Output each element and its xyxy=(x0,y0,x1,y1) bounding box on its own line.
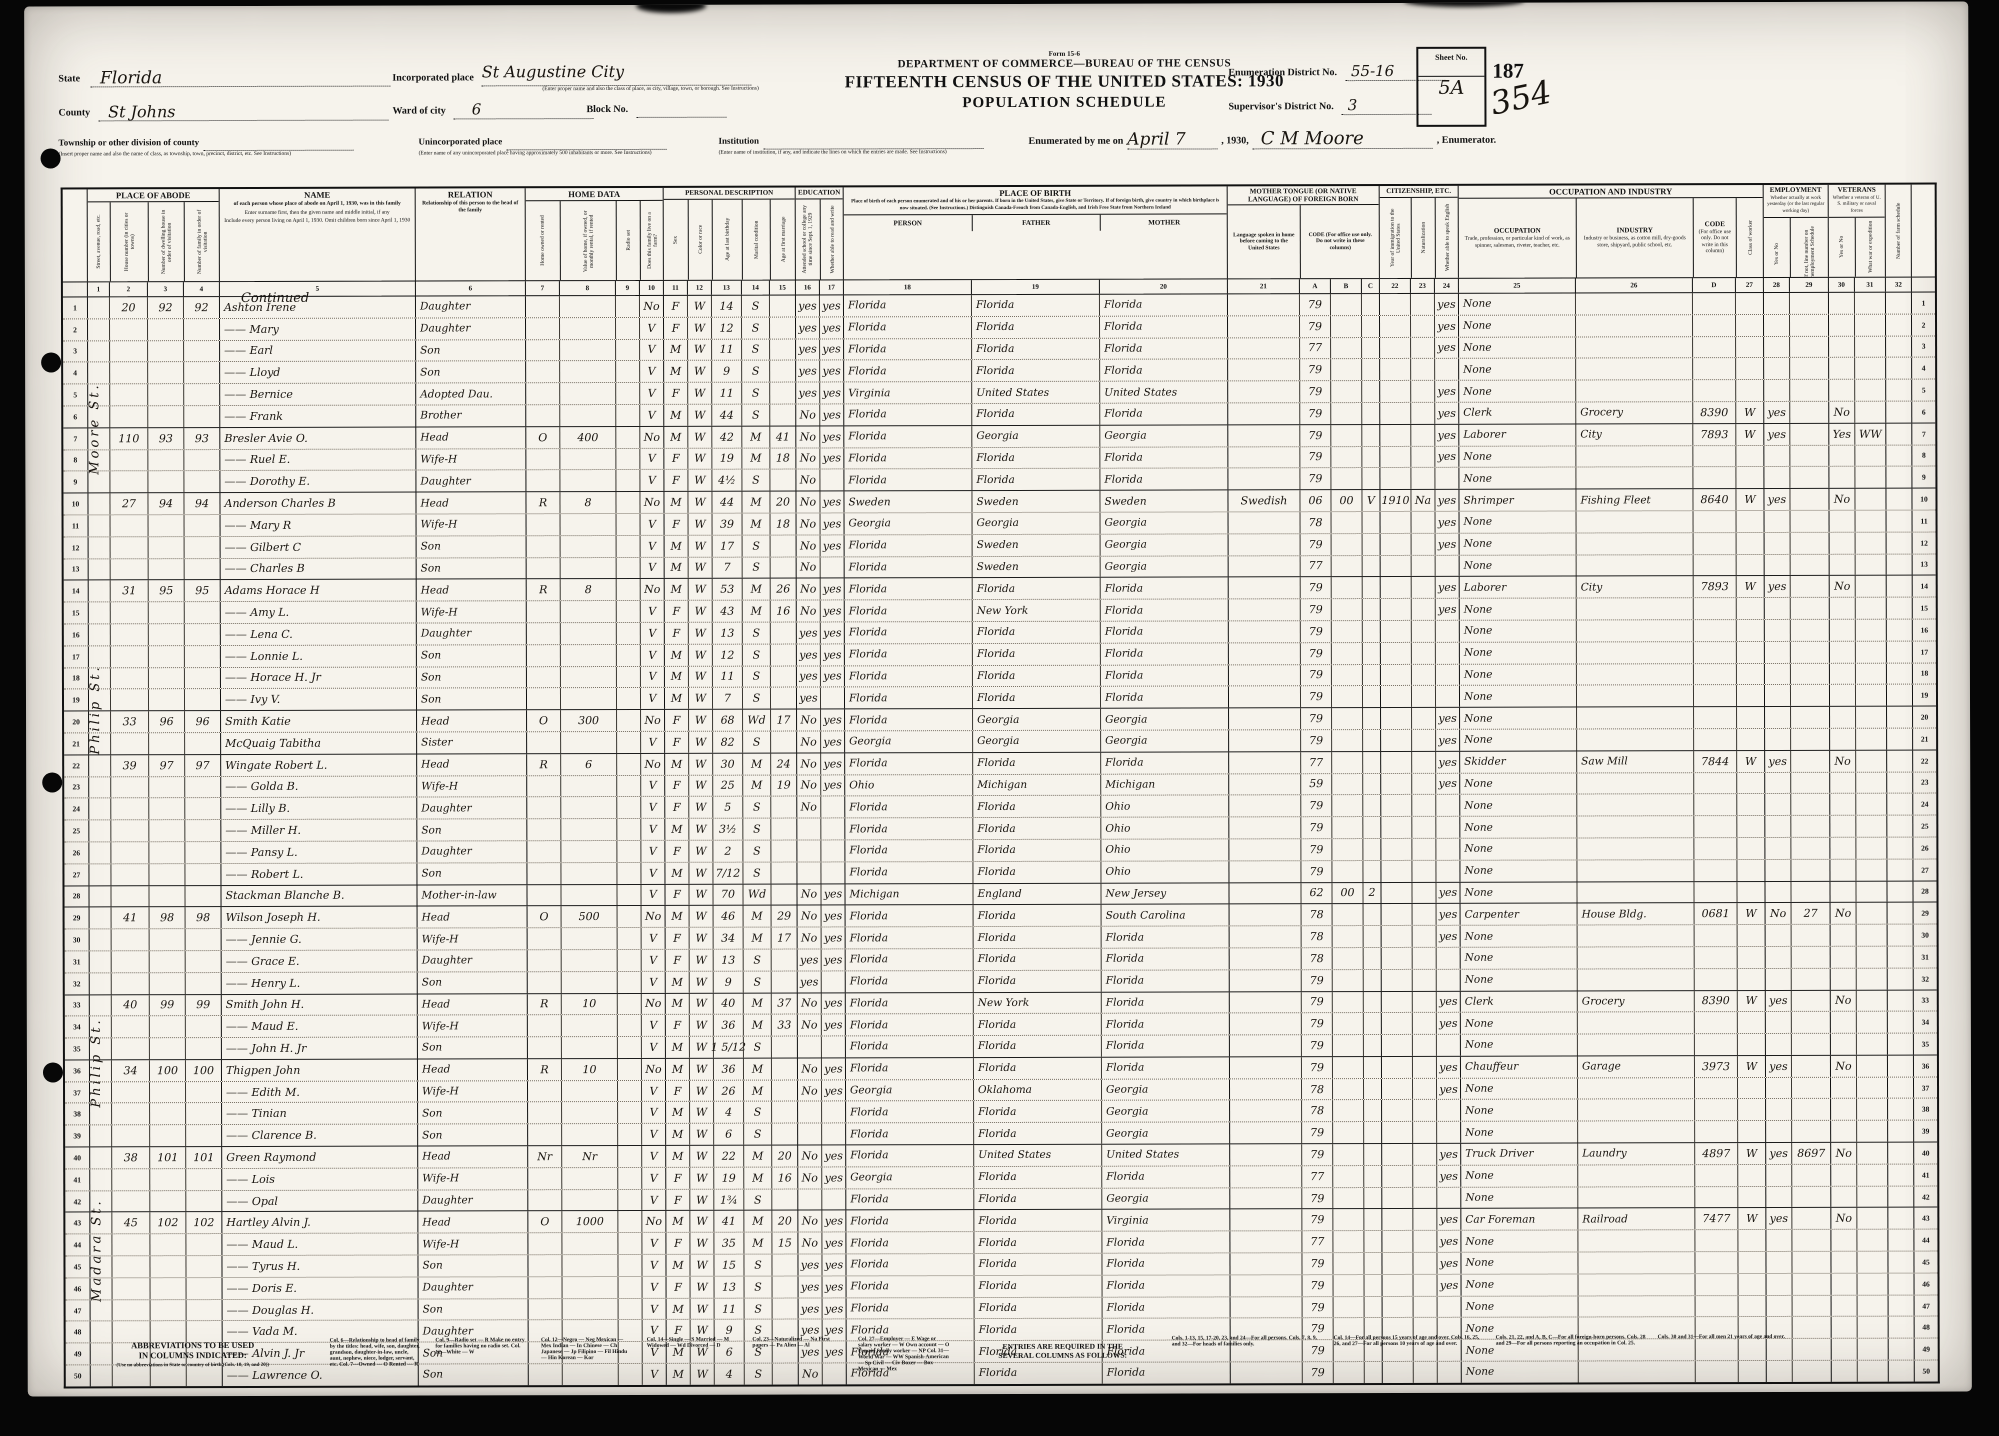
cell-agem: 20 xyxy=(769,492,795,513)
cell-ca: 79 xyxy=(1301,1210,1332,1231)
cell-cb xyxy=(1330,294,1361,315)
cell-agem xyxy=(769,470,795,491)
cell-own xyxy=(526,645,560,666)
cell-bpp: Sweden xyxy=(843,491,971,512)
cell-sp xyxy=(1436,1187,1460,1208)
cell-age: 15 xyxy=(713,1255,743,1276)
cell-cb xyxy=(1332,1057,1363,1078)
cell-cw: W xyxy=(1735,402,1763,423)
cell-occ: None xyxy=(1460,1013,1577,1034)
cell-name: —— Clarence B. xyxy=(221,1125,417,1146)
cell-occ: None xyxy=(1460,947,1577,968)
cell-empno xyxy=(1789,315,1828,336)
cell-cb xyxy=(1331,665,1362,686)
cell-radio xyxy=(616,754,640,775)
cell-mar: S xyxy=(744,1298,772,1319)
col-dwelling-number-label: Number of dwelling house in order of vis… xyxy=(160,207,172,277)
cell-bpm: Florida xyxy=(1099,469,1227,490)
cell-mar: S xyxy=(741,296,769,317)
cell-cb xyxy=(1330,468,1361,489)
cell-farm: No xyxy=(640,754,664,775)
cell-cb xyxy=(1332,1144,1363,1165)
cell-occ: None xyxy=(1459,708,1576,729)
cell-dw xyxy=(147,384,183,405)
cell-sex: F xyxy=(663,383,687,404)
cell-ind xyxy=(1576,729,1693,750)
cell-cc xyxy=(1363,1231,1381,1252)
cell-bpp: Florida xyxy=(845,905,973,926)
cell-vet xyxy=(1829,554,1855,575)
cell-house xyxy=(110,690,148,711)
cell-war xyxy=(1856,1186,1887,1207)
cell-radio xyxy=(616,863,640,884)
cell-name: Green Raymond xyxy=(221,1147,417,1168)
column-number: 2 xyxy=(109,282,147,296)
col-occupation-label: OCCUPATION xyxy=(1494,227,1541,235)
cell-mar: S xyxy=(742,623,770,644)
cell-farm: V xyxy=(639,448,663,469)
cell-sch: yes xyxy=(795,361,819,382)
cell-vet: No xyxy=(1829,750,1855,771)
cell-rw: yes xyxy=(819,448,843,469)
cell-ind xyxy=(1576,707,1693,728)
cell-cc xyxy=(1363,1035,1381,1056)
cell-occ: None xyxy=(1460,1253,1577,1274)
cell-fam xyxy=(184,886,220,907)
cell-ind xyxy=(1576,664,1693,685)
cell-vet xyxy=(1829,685,1855,706)
cell-sch xyxy=(796,862,820,883)
cell-radio xyxy=(616,710,640,731)
cell-val xyxy=(560,601,616,622)
cell-imm xyxy=(1379,468,1410,489)
cell-sch xyxy=(796,840,820,861)
cell-fam: 92 xyxy=(183,297,219,318)
cell-val xyxy=(561,1037,617,1058)
cell-n2: 8 xyxy=(1911,445,1935,466)
cell-sex: F xyxy=(664,514,688,535)
cell-cw: W xyxy=(1737,903,1765,924)
cell-house xyxy=(110,886,148,907)
cell-own xyxy=(527,1081,561,1102)
cell-vet xyxy=(1830,1034,1856,1055)
cell-emp xyxy=(1765,969,1791,990)
cell-val xyxy=(559,405,615,426)
cell-color: W xyxy=(687,383,711,404)
institution-label: Institution xyxy=(719,136,760,146)
cell-house: 45 xyxy=(111,1213,149,1234)
cell-house xyxy=(110,733,148,754)
cell-mar: S xyxy=(742,819,770,840)
cell-farm: V xyxy=(642,1299,666,1320)
cell-bpm: Georgia xyxy=(1101,1123,1229,1144)
cell-bpp: Florida xyxy=(844,818,972,839)
cell-n2: 12 xyxy=(1912,532,1936,553)
cell-fam: 96 xyxy=(184,711,220,732)
cell-fam xyxy=(184,559,220,580)
cell-nat xyxy=(1411,708,1435,729)
cell-fs xyxy=(1886,750,1912,771)
cell-color: W xyxy=(688,579,712,600)
cell-nat xyxy=(1411,555,1435,576)
cell-name: —— Golda B. xyxy=(220,776,416,797)
cell-agem xyxy=(769,361,795,382)
cell-n: 29 xyxy=(65,908,89,929)
cell-nat xyxy=(1411,664,1435,685)
cell-war xyxy=(1857,1274,1888,1295)
cell-farm: V xyxy=(641,1190,665,1211)
cell-color: W xyxy=(689,906,713,927)
cell-age: 7 xyxy=(712,688,742,709)
cell-bpp: Florida xyxy=(844,666,972,687)
column-number: 25 xyxy=(1458,278,1575,292)
cell-sex: M xyxy=(663,492,687,513)
cell-val xyxy=(561,928,617,949)
cell-bpm: Georgia xyxy=(1100,709,1228,730)
cell-vet xyxy=(1831,1274,1857,1295)
cell-rw: yes xyxy=(821,1211,845,1232)
cell-occ: None xyxy=(1460,1035,1577,1056)
cell-mar: M xyxy=(742,753,770,774)
cell-own: Nr xyxy=(527,1146,561,1167)
cell-street xyxy=(88,864,110,885)
cell-val xyxy=(560,863,616,884)
cell-own xyxy=(526,797,560,818)
cell-ind xyxy=(1577,1121,1694,1142)
cell-rw: yes xyxy=(819,317,843,338)
cell-name: McQuaig Tabitha xyxy=(220,732,416,753)
cell-dw xyxy=(148,820,184,841)
cell-dw xyxy=(147,341,183,362)
cell-bpp: Georgia xyxy=(845,1167,973,1188)
cell-radio xyxy=(616,688,640,709)
group-title: PERSONAL DESCRIPTION xyxy=(664,188,795,198)
cell-agem xyxy=(772,1276,798,1297)
cell-lang xyxy=(1228,599,1300,620)
cell-lang xyxy=(1229,1231,1301,1252)
cell-rw: yes xyxy=(821,906,845,927)
cell-vet xyxy=(1829,816,1855,837)
cell-vet: Yes xyxy=(1828,424,1854,445)
cell-ca: 79 xyxy=(1301,970,1332,991)
cell-bpf: Florida xyxy=(971,447,1099,468)
cell-imm xyxy=(1379,446,1410,467)
cell-farm: No xyxy=(639,296,663,317)
cell-dw xyxy=(148,559,184,580)
cell-bpp: Florida xyxy=(845,949,973,970)
cell-age: 34 xyxy=(713,928,743,949)
cell-ca: 79 xyxy=(1299,403,1330,424)
column-group-place-of-birth: PLACE OF BIRTH Place of birth of each pe… xyxy=(843,186,1227,279)
cell-bpm: Florida xyxy=(1099,316,1227,337)
cell-agem xyxy=(769,383,795,404)
cell-lang xyxy=(1230,1297,1302,1318)
cell-vet xyxy=(1829,881,1855,902)
cell-radio xyxy=(616,732,640,753)
cell-n2: 41 xyxy=(1913,1164,1937,1185)
cell-sch: yes xyxy=(796,666,820,687)
group-title: VETERANS xyxy=(1829,185,1885,195)
cell-cd: 7477 xyxy=(1694,1209,1737,1230)
cell-nat xyxy=(1412,970,1436,991)
cell-sex: F xyxy=(664,623,688,644)
cell-agem xyxy=(770,557,796,578)
cell-agem xyxy=(770,862,796,883)
cell-ca: 77 xyxy=(1301,1231,1332,1252)
cell-war xyxy=(1854,445,1885,466)
cell-cb xyxy=(1332,948,1363,969)
column-number: 8 xyxy=(559,281,615,295)
cell-cd xyxy=(1694,1012,1737,1033)
cell-bpp: Florida xyxy=(845,1254,973,1275)
cell-n2: 42 xyxy=(1913,1186,1937,1207)
cell-emp xyxy=(1764,663,1790,684)
column-number: 23 xyxy=(1410,279,1434,293)
cell-mar: M xyxy=(743,1058,771,1079)
cell-radio xyxy=(617,1168,641,1189)
cell-empno xyxy=(1791,1078,1830,1099)
cell-cd xyxy=(1694,925,1737,946)
col-class-of-worker-label: Class of worker xyxy=(1747,220,1753,255)
cell-occ: None xyxy=(1459,795,1576,816)
cell-war xyxy=(1855,859,1886,880)
cell-color: W xyxy=(689,1059,713,1080)
handwritten-continued: Continued xyxy=(241,291,309,306)
cell-dw: 94 xyxy=(147,493,183,514)
cell-empno xyxy=(1791,1034,1830,1055)
col-sex-label: Sex xyxy=(673,235,679,243)
cell-own xyxy=(525,362,559,383)
cell-own: O xyxy=(527,1212,561,1233)
cell-mar: M xyxy=(743,1167,771,1188)
cell-cw xyxy=(1735,315,1763,336)
cell-lang xyxy=(1227,381,1299,402)
cell-house xyxy=(109,341,147,362)
cell-ca: 78 xyxy=(1300,512,1331,533)
cell-bpm: Florida xyxy=(1100,621,1228,642)
cell-emp xyxy=(1763,467,1789,488)
cell-cb xyxy=(1330,338,1361,359)
cell-empno xyxy=(1790,576,1829,597)
cell-sch xyxy=(797,1189,821,1210)
cell-imm xyxy=(1380,773,1411,794)
cell-dw xyxy=(147,406,183,427)
cell-cw xyxy=(1737,969,1765,990)
enumeration-district-value: 55-16 xyxy=(1351,62,1394,80)
cell-vet xyxy=(1830,1121,1856,1142)
cell-rel: Son xyxy=(417,1255,527,1276)
cell-n2: 10 xyxy=(1911,489,1935,510)
column-line-number-right xyxy=(1911,185,1935,277)
cell-cd xyxy=(1693,729,1736,750)
cell-cc xyxy=(1362,774,1380,795)
cell-sp: yes xyxy=(1437,1275,1461,1296)
cell-sp: yes xyxy=(1434,381,1458,402)
cell-rw xyxy=(819,470,843,491)
cell-war xyxy=(1854,314,1885,335)
cell-color: W xyxy=(689,1102,713,1123)
cell-val xyxy=(559,318,615,339)
cell-agem: 26 xyxy=(770,579,796,600)
cell-dw: 95 xyxy=(148,580,184,601)
cell-rw: yes xyxy=(820,710,844,731)
cell-ind xyxy=(1577,1230,1694,1251)
column-group-education: EDUCATION Attended school or college any… xyxy=(795,187,843,279)
cell-emp xyxy=(1765,1252,1791,1273)
cell-bpf: New York xyxy=(973,992,1101,1013)
cell-sp xyxy=(1436,1122,1460,1143)
cell-color: W xyxy=(689,1037,713,1058)
cell-occ: None xyxy=(1460,1078,1577,1099)
cell-age: 11 xyxy=(712,666,742,687)
cell-name: —— Gilbert C xyxy=(220,536,416,557)
cell-cw xyxy=(1735,380,1763,401)
cell-cb xyxy=(1332,904,1363,925)
column-number: C xyxy=(1361,279,1379,293)
cell-age: 44 xyxy=(711,405,741,426)
cell-cc xyxy=(1363,926,1381,947)
cell-n2: 46 xyxy=(1914,1273,1938,1294)
cell-occ: None xyxy=(1459,838,1576,859)
cell-fs xyxy=(1886,859,1912,880)
relation-desc: Relationship of this person to the head … xyxy=(416,199,525,214)
column-number: 28 xyxy=(1763,278,1789,292)
cell-fam xyxy=(185,1082,221,1103)
column-number: 9 xyxy=(615,281,639,295)
cell-agem xyxy=(771,1102,797,1123)
cell-cb xyxy=(1331,817,1362,838)
cell-sp xyxy=(1434,359,1458,380)
cell-house: 20 xyxy=(109,297,147,318)
cell-imm xyxy=(1380,839,1411,860)
col-age-label: Age at last birthday xyxy=(724,218,730,261)
cell-name: —— Edith M. xyxy=(221,1081,417,1102)
cell-rw xyxy=(820,819,844,840)
abbreviations-note: (Use no abbreviations in State or countr… xyxy=(68,1363,318,1369)
cell-age: 40 xyxy=(713,993,743,1014)
cell-dw xyxy=(148,689,184,710)
cell-cd xyxy=(1692,293,1735,314)
cell-n2: 13 xyxy=(1912,554,1936,575)
cell-rw: yes xyxy=(821,993,845,1014)
cell-war xyxy=(1855,598,1886,619)
cell-empno xyxy=(1791,1186,1830,1207)
cell-sex: M xyxy=(665,1146,689,1167)
cell-mar: S xyxy=(743,1124,771,1145)
cell-war xyxy=(1854,358,1885,379)
cell-bpp: Florida xyxy=(844,862,972,883)
entries-required-column: Cols. 1-13, 15, 17-20, 23, and 24—For al… xyxy=(1172,1335,1322,1391)
cell-cw xyxy=(1736,882,1764,903)
cell-sch: No xyxy=(795,404,819,425)
cell-cc xyxy=(1362,752,1380,773)
cell-bpm: Florida xyxy=(1100,578,1228,599)
cell-ind xyxy=(1578,1296,1695,1317)
cell-color: W xyxy=(687,318,711,339)
cell-sch: No xyxy=(797,928,821,949)
cell-bpf: Florida xyxy=(973,1036,1101,1057)
cell-color: W xyxy=(688,819,712,840)
cell-occ: None xyxy=(1459,664,1576,685)
cell-dw xyxy=(149,1256,185,1277)
cell-bpp: Georgia xyxy=(844,731,972,752)
cell-imm xyxy=(1381,1188,1412,1209)
cell-name: Smith John H. xyxy=(221,994,417,1015)
cell-fam xyxy=(185,1191,221,1212)
cell-bpm: Florida xyxy=(1100,665,1228,686)
cell-farm: V xyxy=(639,318,663,339)
col-farm-label: Does this family live on a farm? xyxy=(646,205,658,275)
cell-radio xyxy=(616,666,640,687)
cell-sp xyxy=(1434,468,1458,489)
cell-cc xyxy=(1363,1013,1381,1034)
column-number: 11 xyxy=(663,281,687,295)
cell-emp xyxy=(1765,1230,1791,1251)
cell-age: 39 xyxy=(712,514,742,535)
cell-emp: yes xyxy=(1763,489,1789,510)
unincorporated-note: (Enter name of any unincorporated place … xyxy=(419,150,709,157)
cell-own: R xyxy=(527,994,561,1015)
cell-rw xyxy=(820,557,844,578)
cell-n2: 16 xyxy=(1912,619,1936,640)
cell-sch: No xyxy=(796,601,820,622)
cell-dw xyxy=(149,1038,185,1059)
cell-fam xyxy=(184,515,220,536)
cell-ca: 79 xyxy=(1300,599,1331,620)
cell-farm: V xyxy=(640,841,664,862)
cell-house xyxy=(109,472,147,493)
cell-mar: S xyxy=(742,644,770,665)
column-group-occupation-industry: OCCUPATION AND INDUSTRY OCCUPATION Trade… xyxy=(1458,185,1763,278)
cell-vet xyxy=(1829,838,1855,859)
cell-empno xyxy=(1791,1056,1830,1077)
cell-name: —— Henry L. xyxy=(221,972,417,993)
incorporated-place-value: St Augustine City xyxy=(482,62,624,81)
cell-cc xyxy=(1361,403,1379,424)
cell-ind: City xyxy=(1576,577,1693,598)
cell-color: W xyxy=(688,753,712,774)
cell-fam: 93 xyxy=(183,428,219,449)
cell-age: 41 xyxy=(713,1211,743,1232)
cell-cb xyxy=(1332,1253,1363,1274)
cell-imm: 1910 xyxy=(1379,490,1410,511)
cell-war xyxy=(1856,968,1887,989)
cell-fam: 99 xyxy=(185,995,221,1016)
cell-cw: W xyxy=(1737,990,1765,1011)
cell-occ: Truck Driver xyxy=(1460,1144,1577,1165)
cell-occ: None xyxy=(1459,511,1576,532)
cell-ca: 79 xyxy=(1301,1188,1332,1209)
cell-dw xyxy=(147,319,183,340)
cell-radio xyxy=(617,950,641,971)
cell-farm: V xyxy=(641,1233,665,1254)
occupation-desc: Trade, profession, or particular kind of… xyxy=(1460,234,1575,249)
cell-cd xyxy=(1695,1274,1738,1295)
cell-lang xyxy=(1228,708,1300,729)
cell-cd xyxy=(1693,620,1736,641)
cell-rw: yes xyxy=(820,601,844,622)
cell-agem xyxy=(770,884,796,905)
cell-name: —— John H. Jr xyxy=(221,1038,417,1059)
cell-cd xyxy=(1692,337,1735,358)
cell-rel: Daughter xyxy=(416,841,526,862)
cell-bpf: Florida xyxy=(971,338,1099,359)
cell-mar: S xyxy=(742,535,770,556)
cell-lang xyxy=(1229,1101,1301,1122)
cell-sex: F xyxy=(665,928,689,949)
cell-radio xyxy=(616,819,640,840)
cell-name: —— Maud E. xyxy=(221,1016,417,1037)
